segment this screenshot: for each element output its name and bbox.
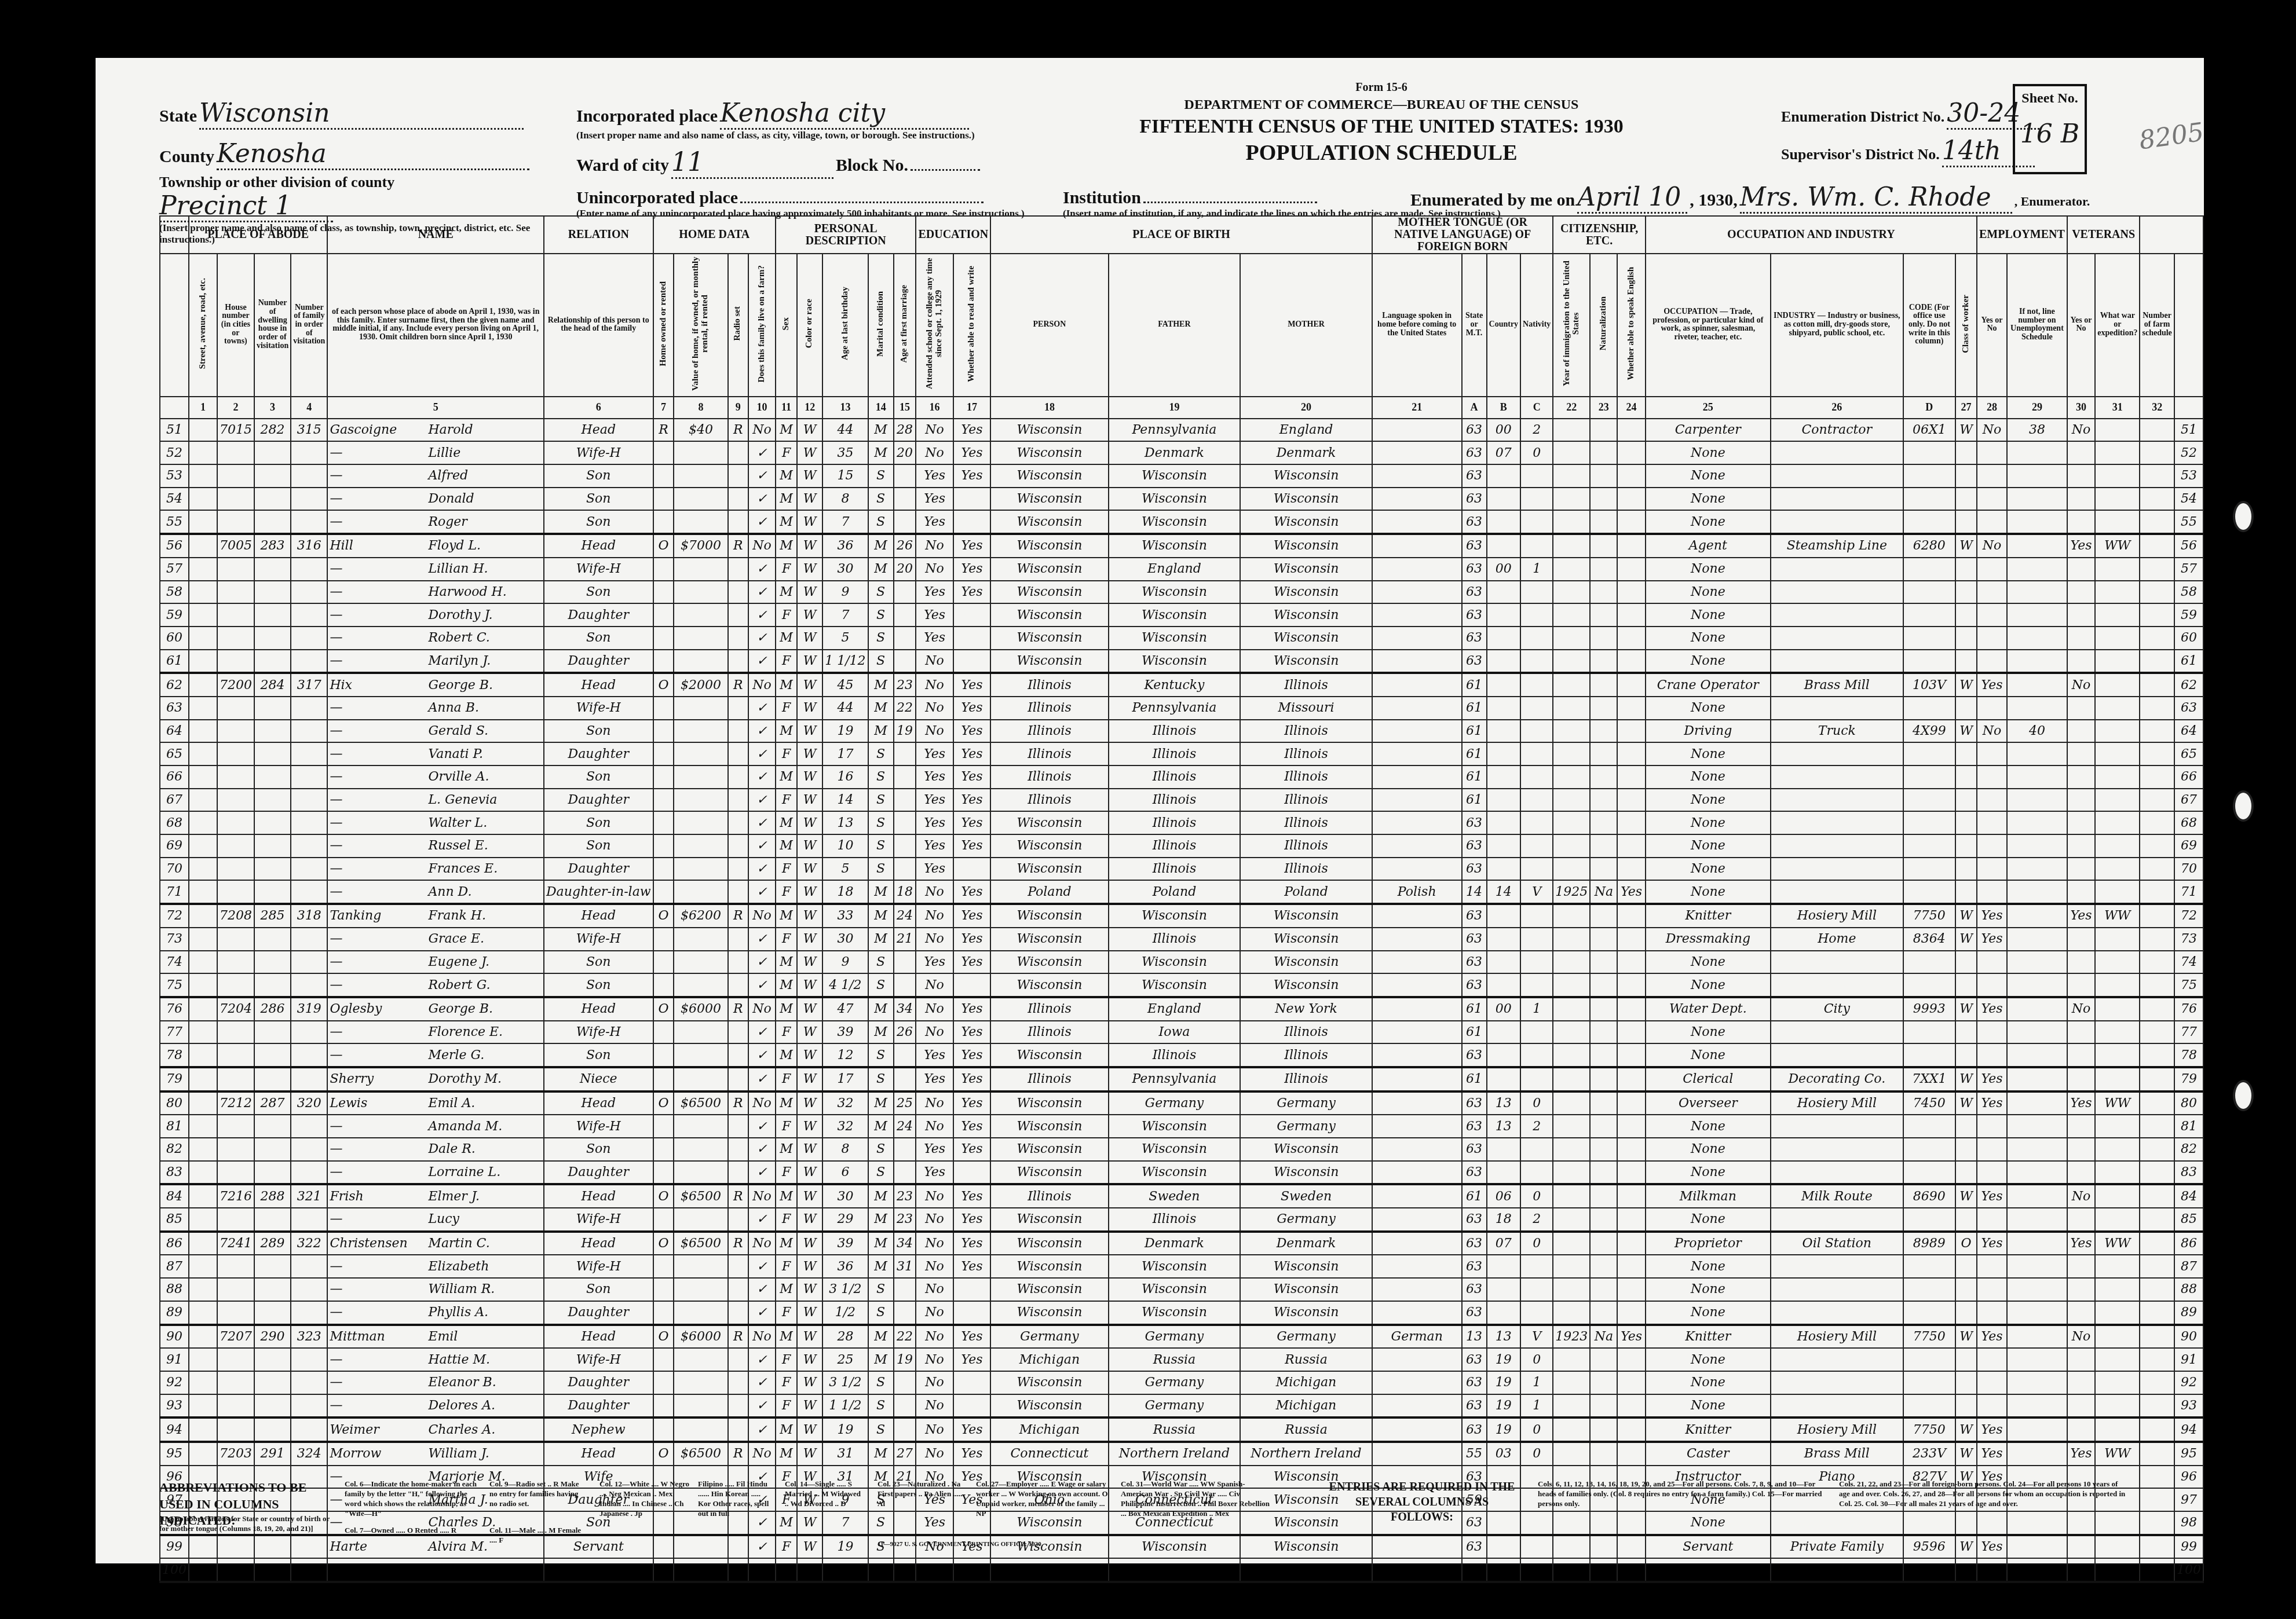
column-header-23: Naturalization (1590, 254, 1617, 397)
cell-a: 63 (1462, 1091, 1487, 1115)
cell-lang (1372, 1138, 1462, 1161)
cell-farm: ✓ (748, 1301, 776, 1325)
cell-nat (1590, 1091, 1617, 1115)
line-number: 95 (2174, 1442, 2203, 1466)
cell-rw: Yes (953, 1021, 990, 1044)
cell-lang: German (1372, 1325, 1462, 1349)
line-number: 66 (160, 765, 189, 789)
cell-mar: S (868, 973, 894, 997)
cell-own (653, 464, 674, 488)
cell-b (1487, 1043, 1521, 1067)
column-header-label: What war or expedition? (2097, 312, 2137, 337)
line-number: 59 (160, 603, 189, 627)
cell-race: W (797, 765, 822, 789)
cell-age: 12 (822, 1043, 868, 1067)
cell-age: 33 (822, 904, 868, 928)
cell-nat (1590, 1301, 1617, 1325)
table-row: 71—Ann D.Daughter-in-law✓FW18M18NoYesPol… (160, 880, 2203, 904)
cell-c (1520, 858, 1553, 881)
cell-b: 19 (1487, 1371, 1521, 1394)
cell-sex: F (776, 1208, 797, 1232)
cell-lang (1372, 1043, 1462, 1067)
cell-agem (894, 650, 916, 673)
cell-mbp: Illinois (1240, 1067, 1372, 1091)
cell-rel: Head (544, 1091, 653, 1115)
column-number: 16 (916, 397, 953, 419)
cell-race: W (797, 997, 822, 1021)
cell-mbp: Sweden (1240, 1184, 1372, 1208)
cell-lang (1372, 673, 1462, 697)
cell-own (653, 1208, 674, 1232)
cell-house (217, 1558, 254, 1582)
empty-cell (2140, 1325, 2174, 1349)
cell-code (1903, 1138, 1955, 1161)
given-name: Hattie M. (428, 1353, 490, 1367)
cell-eng (1617, 510, 1645, 534)
cell-a: 63 (1462, 1371, 1487, 1394)
cell-vet (2067, 1301, 2095, 1325)
cell-race: W (797, 834, 822, 858)
empty-cell (2140, 880, 2174, 904)
stamp-number: 8205 (2137, 117, 2206, 155)
cell-race: W (797, 1115, 822, 1138)
cell-ind: Hosiery Mill (1771, 1417, 1903, 1442)
column-header-29: If not, line number on Unemployment Sche… (2007, 254, 2067, 397)
ward-label: Ward of city (576, 156, 669, 175)
column-header-11: Sex (776, 254, 797, 397)
cell-b (1487, 811, 1521, 834)
cell-sex: M (776, 1417, 797, 1442)
cell-radio (728, 951, 748, 974)
cell-race: W (797, 441, 822, 464)
cell-rw: Yes (953, 904, 990, 928)
cell-mar: M (868, 419, 894, 442)
cell-sch: Yes (916, 951, 953, 974)
column-number: 5 (327, 397, 544, 419)
cell-c (1520, 1161, 1553, 1185)
cell-rw: Yes (953, 880, 990, 904)
line-number: 98 (2174, 1511, 2203, 1535)
cell-war (2095, 1371, 2140, 1394)
cell-age: 3 1/2 (822, 1278, 868, 1301)
cell-rw (953, 1161, 990, 1185)
cell-mar: S (868, 1067, 894, 1091)
cell-farm: ✓ (748, 720, 776, 743)
cell-work (1977, 765, 2007, 789)
person-name: —Amanda M. (327, 1115, 544, 1138)
cell-fam: 317 (291, 673, 327, 697)
cell-unemp (2007, 1371, 2067, 1394)
cell-rw: Yes (953, 1115, 990, 1138)
cell-radio (728, 1208, 748, 1232)
cell-dw (254, 1067, 291, 1091)
cell-code: 8989 (1903, 1232, 1955, 1255)
cell-b: 07 (1487, 441, 1521, 464)
given-name: Floyd L. (428, 539, 481, 553)
cell-unemp (2007, 928, 2067, 951)
column-number: 28 (1977, 397, 2007, 419)
cell-farm: ✓ (748, 581, 776, 604)
cell-age: 32 (822, 1091, 868, 1115)
cell-lang (1372, 1301, 1462, 1325)
cell-imm (1553, 834, 1590, 858)
cell-mbp: England (1240, 419, 1372, 442)
cell-c (1520, 627, 1553, 650)
empty-cell (189, 1255, 217, 1278)
cell-lang (1372, 1232, 1462, 1255)
cell-eng (1617, 1184, 1645, 1208)
cell-sex: F (776, 603, 797, 627)
cell-race: W (797, 650, 822, 673)
cell-occ: None (1646, 1138, 1771, 1161)
footer-abbreviations: ABBREVIATIONS TO BE USED IN COLUMNS INDI… (159, 1479, 2158, 1549)
person-name: —Ann D. (327, 880, 544, 904)
cell-unemp (2007, 1348, 2067, 1371)
cell-cls (1955, 834, 1977, 858)
cell-age: 30 (822, 1184, 868, 1208)
cell-bp: Wisconsin (990, 1115, 1108, 1138)
cell-b (1487, 673, 1521, 697)
cell-age: 18 (822, 880, 868, 904)
given-name: Emil (428, 1329, 458, 1344)
cell-nat (1590, 951, 1617, 974)
cell-c (1520, 951, 1553, 974)
cell-code: 6280 (1903, 534, 1955, 558)
col7-note: Col. 7—Owned ..... O Rented ..... R (345, 1526, 478, 1536)
cell-a: 61 (1462, 1021, 1487, 1044)
cell-agem: 20 (894, 441, 916, 464)
cell-fam (291, 1301, 327, 1325)
table-row: 85—LucyWife-H✓FW29M23NoYesWisconsinIllin… (160, 1208, 2203, 1232)
cell-code: 8364 (1903, 928, 1955, 951)
empty-cell (2140, 765, 2174, 789)
column-header-16: Attended school or college any time sinc… (916, 254, 953, 397)
cell-imm (1553, 973, 1590, 997)
cell-work: Yes (1977, 928, 2007, 951)
cell-imm (1553, 1115, 1590, 1138)
cell-nat (1590, 1043, 1617, 1067)
cell-rw: Yes (953, 581, 990, 604)
cell-own: O (653, 1232, 674, 1255)
cell-eng (1617, 904, 1645, 928)
cell-rel: Head (544, 419, 653, 442)
cell-lang (1372, 811, 1462, 834)
cell-race: W (797, 973, 822, 997)
cell-sch: Yes (916, 1043, 953, 1067)
column-number: D (1903, 397, 1955, 419)
cell-rel: Son (544, 1043, 653, 1067)
cell-agem: 28 (894, 419, 916, 442)
cell-house: 7005 (217, 534, 254, 558)
cell-imm (1553, 673, 1590, 697)
cell-fam: 316 (291, 534, 327, 558)
cell-cls (1955, 951, 1977, 974)
column-number: 22 (1553, 397, 1590, 419)
person-name: —William R. (327, 1278, 544, 1301)
empty-cell (2140, 1255, 2174, 1278)
cell-own (653, 742, 674, 765)
cell-c: 1 (1520, 558, 1553, 581)
cell-bp: Wisconsin (990, 534, 1108, 558)
cell-mar: S (868, 1138, 894, 1161)
cell-radio: R (728, 419, 748, 442)
cell-house: 7208 (217, 904, 254, 928)
cell-imm (1553, 697, 1590, 720)
cell-rel: Wife-H (544, 1115, 653, 1138)
cell-b (1487, 650, 1521, 673)
line-number: 67 (2174, 789, 2203, 812)
cell-race: W (797, 1208, 822, 1232)
cell-occ: Crane Operator (1646, 673, 1771, 697)
cell-mar: S (868, 1161, 894, 1185)
empty-cell (189, 581, 217, 604)
cell-radio (728, 742, 748, 765)
cell-work: Yes (1977, 1184, 2007, 1208)
cell-sex: M (776, 488, 797, 511)
incorporated-value: Kenosha city (720, 98, 969, 130)
cell-own (653, 510, 674, 534)
cell-radio (728, 581, 748, 604)
empty-cell (2140, 1138, 2174, 1161)
cell-sch: Yes (916, 603, 953, 627)
cell-work (1977, 1208, 2007, 1232)
cell-dw (254, 834, 291, 858)
census-title: FIFTEENTH CENSUS OF THE UNITED STATES: 1… (1092, 116, 1671, 138)
cell-own (653, 441, 674, 464)
cell-radio (728, 1161, 748, 1185)
cell-agem (894, 603, 916, 627)
cell-race: W (797, 581, 822, 604)
surname: — (330, 1165, 428, 1180)
line-number: 84 (2174, 1184, 2203, 1208)
cell-mbp: Germany (1240, 1208, 1372, 1232)
cell-agem (894, 627, 916, 650)
surname: — (330, 1375, 428, 1390)
cell-agem: 24 (894, 1115, 916, 1138)
cell-occ: None (1646, 650, 1771, 673)
cell-war (2095, 951, 2140, 974)
cell-rw: Yes (953, 1184, 990, 1208)
cell-sex: F (776, 697, 797, 720)
cell-house: 7204 (217, 997, 254, 1021)
cell-own (653, 1043, 674, 1067)
cell-fbp: Wisconsin (1109, 1278, 1241, 1301)
cell-agem: 25 (894, 1091, 916, 1115)
cell-sex: F (776, 1115, 797, 1138)
cell-sch: Yes (916, 581, 953, 604)
cell-own (653, 1558, 674, 1582)
cell-dw: 283 (254, 534, 291, 558)
cell-cls (1955, 973, 1977, 997)
cell-code (1903, 627, 1955, 650)
table-row: 52—LillieWife-H✓FW35M20NoYesWisconsinDen… (160, 441, 2203, 464)
cell-sch: No (916, 1301, 953, 1325)
cell-code: 7750 (1903, 904, 1955, 928)
cell-unemp (2007, 1278, 2067, 1301)
given-name: Emil A. (428, 1096, 475, 1111)
cell-eng (1617, 720, 1645, 743)
cell-vet (2067, 1043, 2095, 1067)
cell-agem: 34 (894, 1232, 916, 1255)
table-row: 75—Robert G.Son✓MW4 1/2SNoWisconsinWisco… (160, 973, 2203, 997)
cell-dw (254, 488, 291, 511)
cell-occ: None (1646, 1301, 1771, 1325)
cell-fam (291, 1021, 327, 1044)
cell-war (2095, 742, 2140, 765)
line-number: 89 (2174, 1301, 2203, 1325)
cell-rw: Yes (953, 464, 990, 488)
cell-unemp (2007, 1115, 2067, 1138)
cell-c (1520, 603, 1553, 627)
line-number: 63 (160, 697, 189, 720)
cell-sex: M (776, 811, 797, 834)
empty-cell (189, 1208, 217, 1232)
cell-war (2095, 1417, 2140, 1442)
cell-occ: Clerical (1646, 1067, 1771, 1091)
line-number: 76 (2174, 997, 2203, 1021)
line-number: 90 (160, 1325, 189, 1349)
cell-race: W (797, 419, 822, 442)
cell-b (1487, 1067, 1521, 1091)
person-name: —Harwood H. (327, 581, 544, 604)
column-header-31: What war or expedition? (2095, 254, 2140, 397)
cell-nat (1590, 419, 1617, 442)
cell-sex: M (776, 419, 797, 442)
cell-a: 61 (1462, 720, 1487, 743)
cell-mar: S (868, 834, 894, 858)
column-header-label: Marital condition (876, 291, 886, 357)
cell-code: 9993 (1903, 997, 1955, 1021)
cell-bp: Wisconsin (990, 951, 1108, 974)
cell-lang (1372, 419, 1462, 442)
cell-agem (894, 1043, 916, 1067)
incorporated-label: Incorporated place (576, 107, 718, 126)
cell-work (1977, 1394, 2007, 1418)
line-number: 68 (2174, 811, 2203, 834)
given-name: Elmer J. (428, 1189, 480, 1204)
column-header-10: Does this family live on a farm? (748, 254, 776, 397)
cell-sex: M (776, 534, 797, 558)
line-number: 55 (160, 510, 189, 534)
col31-note: Col. 31—World War ..... WW Spanish-Ameri… (1121, 1479, 1271, 1519)
column-number: 11 (776, 397, 797, 419)
cell-ind (1771, 488, 1903, 511)
cell-vet (2067, 789, 2095, 812)
cell-sch: No (916, 973, 953, 997)
line-number: 100 (2174, 1558, 2203, 1582)
surname: — (330, 932, 428, 946)
cell-dw: 288 (254, 1184, 291, 1208)
cell-code (1903, 789, 1955, 812)
cell-farm: No (748, 1091, 776, 1115)
cell-nat (1590, 627, 1617, 650)
cell-race: W (797, 880, 822, 904)
cell-eng (1617, 1091, 1645, 1115)
cell-c (1520, 1021, 1553, 1044)
cell-work: No (1977, 720, 2007, 743)
cell-dw (254, 1208, 291, 1232)
column-header-14: Marital condition (868, 254, 894, 397)
cell-code: 7XX1 (1903, 1067, 1955, 1091)
empty-cell (2140, 1021, 2174, 1044)
cell-rw (953, 627, 990, 650)
surname: Morrow (330, 1446, 428, 1461)
cell-rel: Daughter (544, 603, 653, 627)
empty-cell (2140, 464, 2174, 488)
cell-unemp (2007, 1208, 2067, 1232)
cell-own (653, 789, 674, 812)
cell-farm: ✓ (748, 1417, 776, 1442)
cell-farm: ✓ (748, 742, 776, 765)
cell-lang (1372, 1371, 1462, 1394)
cell-farm: ✓ (748, 1067, 776, 1091)
cell-val (674, 581, 727, 604)
cell-ind (1771, 1371, 1903, 1394)
cell-rel: Head (544, 1325, 653, 1349)
cell-own (653, 928, 674, 951)
cell-race (797, 1558, 822, 1582)
column-header-label: Age at first marriage (900, 285, 909, 363)
cell-race: W (797, 951, 822, 974)
line-number: 74 (160, 951, 189, 974)
empty-cell (2140, 834, 2174, 858)
cell-lang (1372, 720, 1462, 743)
col12-note: Col. 12—White .... W Negro .... Neg Mexi… (599, 1479, 692, 1519)
cell-b: 19 (1487, 1394, 1521, 1418)
column-number: 17 (953, 397, 990, 419)
cell-val (674, 1067, 727, 1091)
cell-fbp: Illinois (1109, 834, 1241, 858)
person-name: —Gerald S. (327, 720, 544, 743)
cell-eng (1617, 1161, 1645, 1185)
surname: — (330, 747, 428, 761)
cell-ind (1771, 1301, 1903, 1325)
empty-cell (189, 1021, 217, 1044)
cell-work (1977, 1278, 2007, 1301)
line-number: 82 (2174, 1138, 2203, 1161)
cell-eng (1617, 1348, 1645, 1371)
cell-war (2095, 441, 2140, 464)
cell-farm: ✓ (748, 627, 776, 650)
cell-lang (1372, 789, 1462, 812)
cell-radio: R (728, 904, 748, 928)
cell-rel: Daughter (544, 789, 653, 812)
cell-eng (1617, 1278, 1645, 1301)
cell-val (674, 1021, 727, 1044)
cell-fbp: Northern Ireland (1109, 1442, 1241, 1466)
empty-cell (2140, 928, 2174, 951)
cell-farm: No (748, 904, 776, 928)
cell-ind (1771, 1394, 1903, 1418)
table-row: 957203291324MorrowWilliam J.HeadO$6500RN… (160, 1442, 2203, 1466)
table-row: 58—Harwood H.Son✓MW9SYesYesWisconsinWisc… (160, 581, 2203, 604)
column-group-7: PLACE OF BIRTH (990, 216, 1372, 254)
line-number: 58 (160, 581, 189, 604)
cell-nat (1590, 928, 1617, 951)
cell-fbp: England (1109, 558, 1241, 581)
cell-fbp: Iowa (1109, 1021, 1241, 1044)
cell-val: $6200 (674, 904, 727, 928)
person-name: —Donald (327, 488, 544, 511)
line-number: 92 (160, 1371, 189, 1394)
cell-cls (1955, 1043, 1977, 1067)
cell-bp: Wisconsin (990, 1232, 1108, 1255)
cell-race: W (797, 464, 822, 488)
column-header-9: Radio set (728, 254, 748, 397)
cell-occ: Proprietor (1646, 1232, 1771, 1255)
cell-age (822, 1558, 868, 1582)
cell-vet (2067, 1138, 2095, 1161)
